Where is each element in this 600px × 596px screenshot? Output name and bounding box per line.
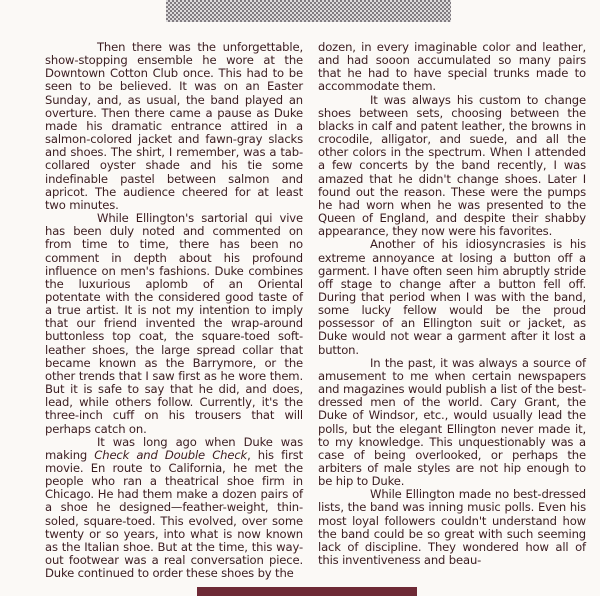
paragraph-sartorial-influence: While Ellington's sartorial qui vive has… <box>45 212 303 436</box>
paragraph-best-dressed: In the past, it was always a source of a… <box>318 357 586 489</box>
paragraph-text-after: , his first movie. En route to Californi… <box>45 448 303 580</box>
top-hatched-panel <box>166 0 451 22</box>
paragraph-cotton-club: Then there was the unforgettable, show-s… <box>45 41 303 212</box>
right-text-column: dozen, in every imaginable color and lea… <box>318 41 586 567</box>
paragraph-shoe-trunks: dozen, in every imaginable color and lea… <box>318 41 586 94</box>
paragraph-changing-shoes: It was always his custom to change shoes… <box>318 94 586 239</box>
left-text-column: Then there was the unforgettable, show-s… <box>45 41 303 580</box>
paragraph-music-polls: While Ellington made no best-dressed lis… <box>318 488 586 567</box>
paragraph-lost-button: Another of his idiosyncrasies is his ext… <box>318 238 586 356</box>
bottom-maroon-bar <box>197 587 417 596</box>
film-title: Check and Double Check <box>94 448 247 462</box>
paragraph-check-and-double-check: It was long ago when Duke was making Che… <box>45 436 303 581</box>
